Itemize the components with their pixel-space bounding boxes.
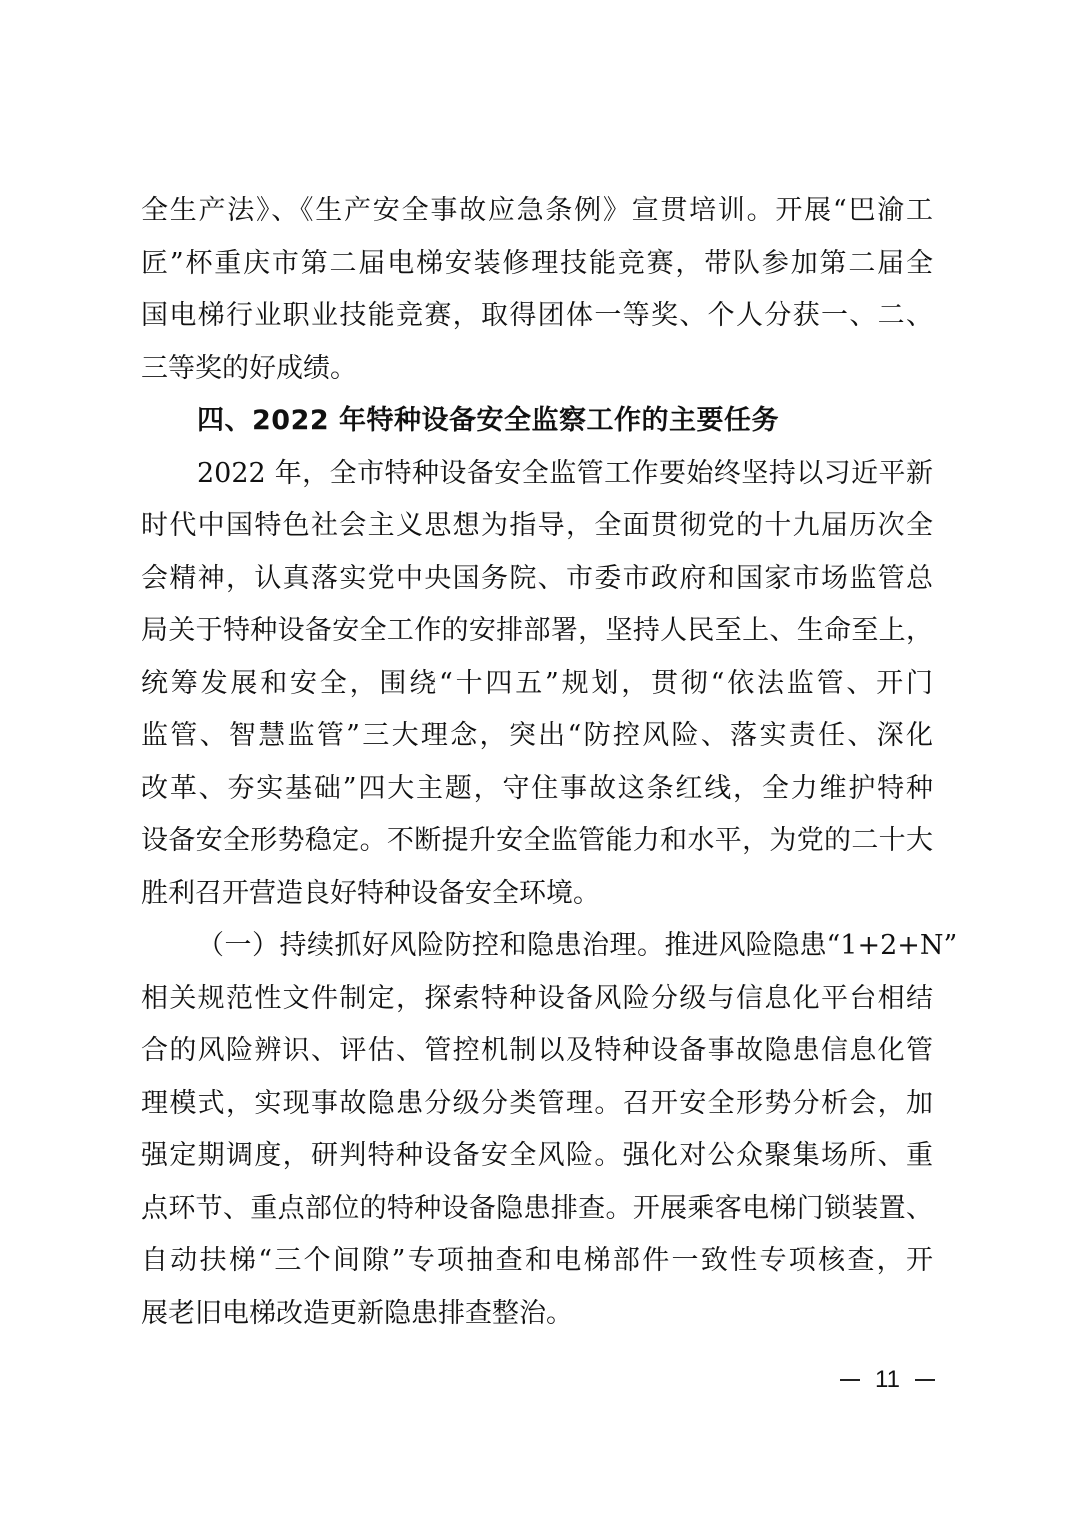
text-line: 点环节、重点部位的特种设备隐患排查。开展乘客电梯门锁装置、 <box>141 1183 933 1236</box>
dash-decoration <box>915 1379 935 1381</box>
page-number: 11 <box>875 1362 900 1398</box>
text-line: 三等奖的好成绩。 <box>141 343 933 396</box>
text-line: 统筹发展和安全，围绕“十四五”规划，贯彻“依法监管、开门 <box>141 658 933 711</box>
text-line: 全生产法》、《生产安全事故应急条例》宣贯培训。开展“巴渝工 <box>141 185 933 238</box>
subsection-1-paragraph: （一）持续抓好风险防控和隐患治理。推进风险隐患“1+2+N” 相关规范性文件制定… <box>141 920 933 1340</box>
text-line: 强定期调度，研判特种设备安全风险。强化对公众聚集场所、重 <box>141 1130 933 1183</box>
dash-decoration <box>840 1379 860 1381</box>
text-line: 相关规范性文件制定，探索特种设备风险分级与信息化平台相结 <box>141 973 933 1026</box>
text-run: 推进风险隐患“1+2+N” <box>665 930 958 961</box>
text-line: 2022 年，全市特种设备安全监管工作要始终坚持以习近平新 <box>141 448 933 501</box>
continuation-paragraph: 全生产法》、《生产安全事故应急条例》宣贯培训。开展“巴渝工 匠”杯重庆市第二届电… <box>141 185 933 395</box>
text-line: 国电梯行业职业技能竞赛，取得团体一等奖、个人分获一、二、 <box>141 290 933 343</box>
intro-paragraph: 2022 年，全市特种设备安全监管工作要始终坚持以习近平新 时代中国特色社会主义… <box>141 448 933 921</box>
text-line: 理模式，实现事故隐患分级分类管理。召开安全形势分析会，加 <box>141 1078 933 1131</box>
text-line: 局关于特种设备安全工作的安排部署，坚持人民至上、生命至上， <box>141 605 933 658</box>
text-line: 自动扶梯“三个间隙”专项抽查和电梯部件一致性专项核查，开 <box>141 1235 933 1288</box>
subsection-lead-heading: （一）持续抓好风险防控和隐患治理。 <box>197 930 665 961</box>
text-line: 监管、智慧监管”三大理念，突出“防控风险、落实责任、深化 <box>141 710 933 763</box>
text-line: 合的风险辨识、评估、管控机制以及特种设备事故隐患信息化管 <box>141 1025 933 1078</box>
document-page: 全生产法》、《生产安全事故应急条例》宣贯培训。开展“巴渝工 匠”杯重庆市第二届电… <box>141 185 933 1340</box>
text-line: 改革、夯实基础”四大主题，守住事故这条红线，全力维护特种 <box>141 763 933 816</box>
text-line: 胜利召开营造良好特种设备安全环境。 <box>141 868 933 921</box>
text-line: 展老旧电梯改造更新隐患排查整治。 <box>141 1288 933 1341</box>
text-line: 设备安全形势稳定。不断提升安全监管能力和水平，为党的二十大 <box>141 815 933 868</box>
page-number-footer: 11 <box>840 1362 935 1398</box>
text-line: 时代中国特色社会主义思想为指导，全面贯彻党的十九届历次全 <box>141 500 933 553</box>
text-line: 会精神，认真落实党中央国务院、市委市政府和国家市场监管总 <box>141 553 933 606</box>
text-line: （一）持续抓好风险防控和隐患治理。推进风险隐患“1+2+N” <box>141 920 933 973</box>
text-line: 匠”杯重庆市第二届电梯安装修理技能竞赛，带队参加第二届全 <box>141 238 933 291</box>
section-heading: 四、2022 年特种设备安全监察工作的主要任务 <box>141 395 933 448</box>
